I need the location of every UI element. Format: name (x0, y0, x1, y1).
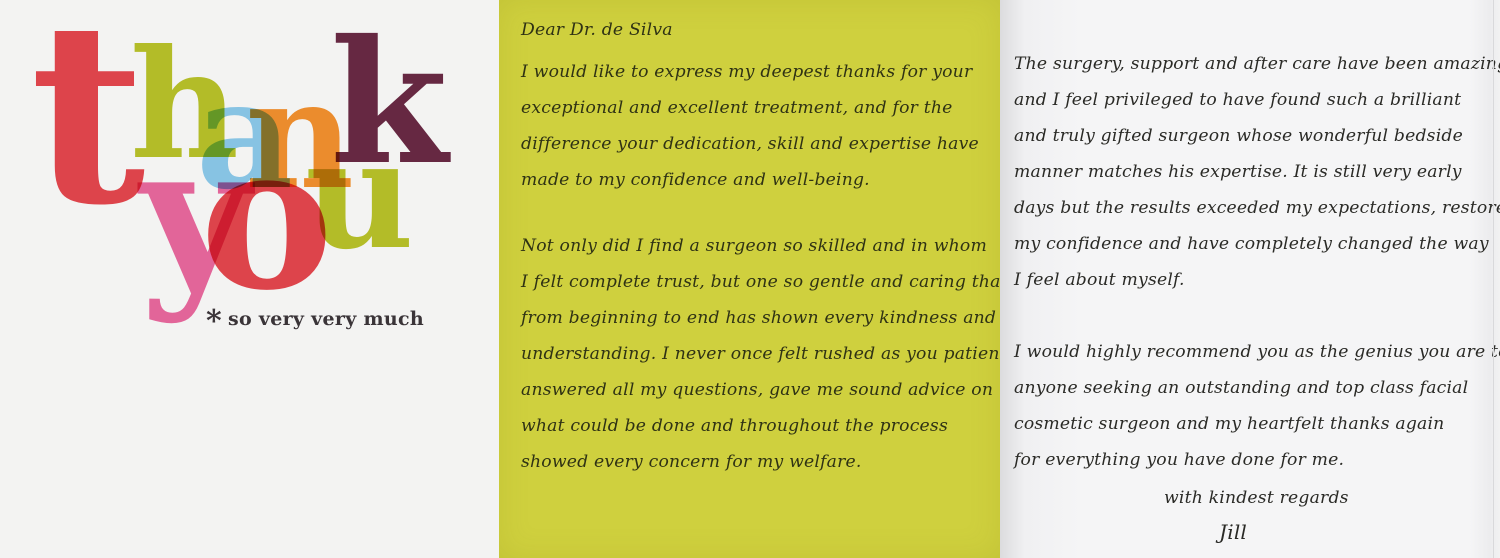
letter-text-2: The surgery, support and after care have… (1014, 42, 1484, 554)
letter-page-1: Dear Dr. de Silva I would like to expres… (499, 0, 1000, 558)
card-front: t h a n k y o u *so very very much (0, 0, 499, 558)
card-subtitle: *so very very much (206, 304, 424, 339)
subtitle-text: so very very much (228, 308, 424, 330)
letter-page-2: The surgery, support and after care have… (1000, 0, 1500, 558)
letter-t: t (30, 0, 145, 238)
letter-u: u (305, 120, 414, 270)
salutation: Dear Dr. de Silva (521, 10, 991, 50)
letter-text-1: Dear Dr. de Silva I would like to expres… (521, 10, 991, 484)
asterisk-icon: * (206, 304, 222, 339)
